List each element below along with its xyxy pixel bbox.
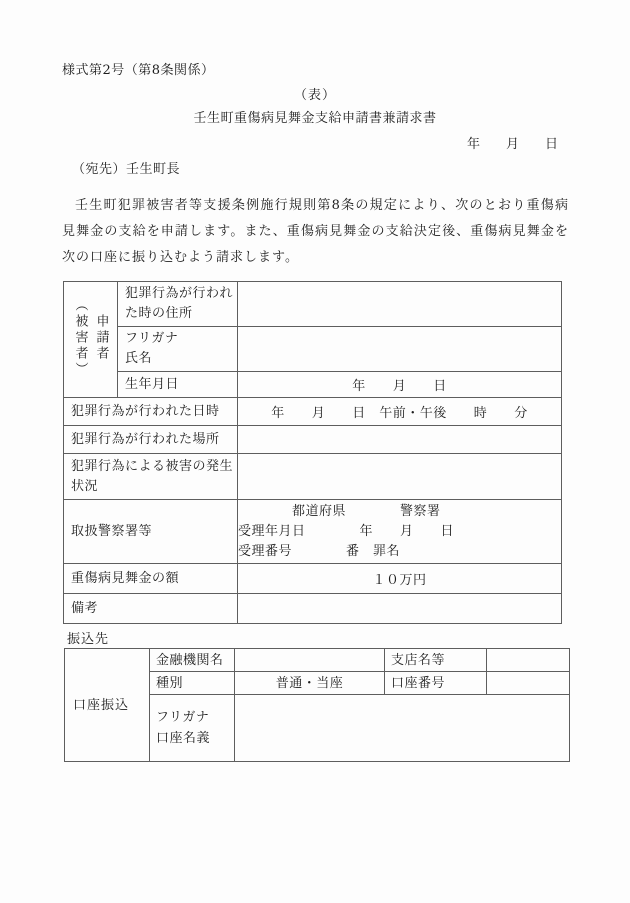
page-title: 壬生町重傷病見舞金支給申請書兼請求書 bbox=[0, 107, 630, 126]
input-cell-address[interactable] bbox=[238, 282, 562, 327]
input-cell-police-station[interactable]: 都道府県 警察署 受理年月日 年 月 日 受理番号 番 罪名 bbox=[238, 500, 562, 564]
account-holder-label: フリガナ 口座名義 bbox=[150, 695, 235, 762]
police-acceptance-number-line[interactable]: 受理番号 番 罪名 bbox=[238, 542, 561, 562]
furigana-label: フリガナ bbox=[125, 329, 237, 349]
row-label-crime-place: 犯罪行為が行われた場所 bbox=[64, 426, 238, 454]
row-label-birthdate: 生年月日 bbox=[118, 372, 238, 398]
input-cell-crime-datetime[interactable]: 年 月 日 午前・午後 時 分 bbox=[238, 398, 562, 426]
account-number-label: 口座番号 bbox=[385, 672, 487, 695]
row-label-damage-situation: 犯罪行為による被害の発生状況 bbox=[64, 454, 238, 500]
row-label-address: 犯罪行為が行われた時の住所 bbox=[118, 282, 238, 327]
application-table: 申請者 （被害者） 犯罪行為が行われた時の住所 フリガナ 氏名 生年月日 年 月… bbox=[63, 281, 562, 624]
name-label: 氏名 bbox=[125, 349, 237, 369]
document-page: 様式第2号（第8条関係） （表） 壬生町重傷病見舞金支給申請書兼請求書 年 月 … bbox=[0, 0, 630, 903]
bank-name-label: 金融機関名 bbox=[150, 649, 235, 672]
police-acceptance-date-line[interactable]: 受理年月日 年 月 日 bbox=[238, 522, 561, 542]
applicant-label: 申請者 bbox=[92, 290, 111, 386]
row-label-furigana-name: フリガナ 氏名 bbox=[118, 327, 238, 372]
payment-amount-value: １０万円 bbox=[238, 564, 562, 594]
account-type-label: 種別 bbox=[150, 672, 235, 695]
transfer-destination-heading: 振込先 bbox=[67, 628, 109, 647]
victim-label: （被害者） bbox=[71, 290, 90, 386]
holder-name-label: 口座名義 bbox=[156, 728, 234, 749]
police-prefecture-line[interactable]: 都道府県 警察署 bbox=[238, 502, 561, 522]
row-label-police-station: 取扱警察署等 bbox=[64, 500, 238, 564]
applicant-victim-header-cell: 申請者 （被害者） bbox=[64, 282, 118, 398]
input-cell-branch-name[interactable] bbox=[487, 649, 570, 672]
input-cell-damage-situation[interactable] bbox=[238, 454, 562, 500]
account-type-choice[interactable]: 普通・当座 bbox=[235, 672, 385, 695]
input-cell-bank-name[interactable] bbox=[235, 649, 385, 672]
addressee: （宛先）壬生町長 bbox=[72, 158, 180, 177]
input-cell-remarks[interactable] bbox=[238, 594, 562, 624]
row-label-remarks: 備考 bbox=[64, 594, 238, 624]
holder-furigana-label: フリガナ bbox=[156, 707, 234, 728]
applicant-victim-vertical-label: 申請者 （被害者） bbox=[69, 290, 113, 386]
input-cell-birthdate[interactable]: 年 月 日 bbox=[238, 372, 562, 398]
branch-name-label: 支店名等 bbox=[385, 649, 487, 672]
body-paragraph: 壬生町犯罪被害者等支援条例施行規則第8条の規定により、次のとおり重傷病見舞金の支… bbox=[62, 193, 569, 271]
form-number: 様式第2号（第8条関係） bbox=[62, 59, 215, 78]
account-transfer-header-cell: 口座振込 bbox=[65, 649, 150, 762]
input-cell-crime-place[interactable] bbox=[238, 426, 562, 454]
transfer-table: 口座振込 金融機関名 支店名等 種別 普通・当座 口座番号 フリガナ 口座名義 bbox=[64, 648, 570, 762]
side-label: （表） bbox=[0, 84, 630, 103]
date-field[interactable]: 年 月 日 bbox=[0, 133, 630, 152]
row-label-payment-amount: 重傷病見舞金の額 bbox=[64, 564, 238, 594]
input-cell-account-holder[interactable] bbox=[235, 695, 570, 762]
row-label-crime-datetime: 犯罪行為が行われた日時 bbox=[64, 398, 238, 426]
input-cell-account-number[interactable] bbox=[487, 672, 570, 695]
input-cell-name[interactable] bbox=[238, 327, 562, 372]
